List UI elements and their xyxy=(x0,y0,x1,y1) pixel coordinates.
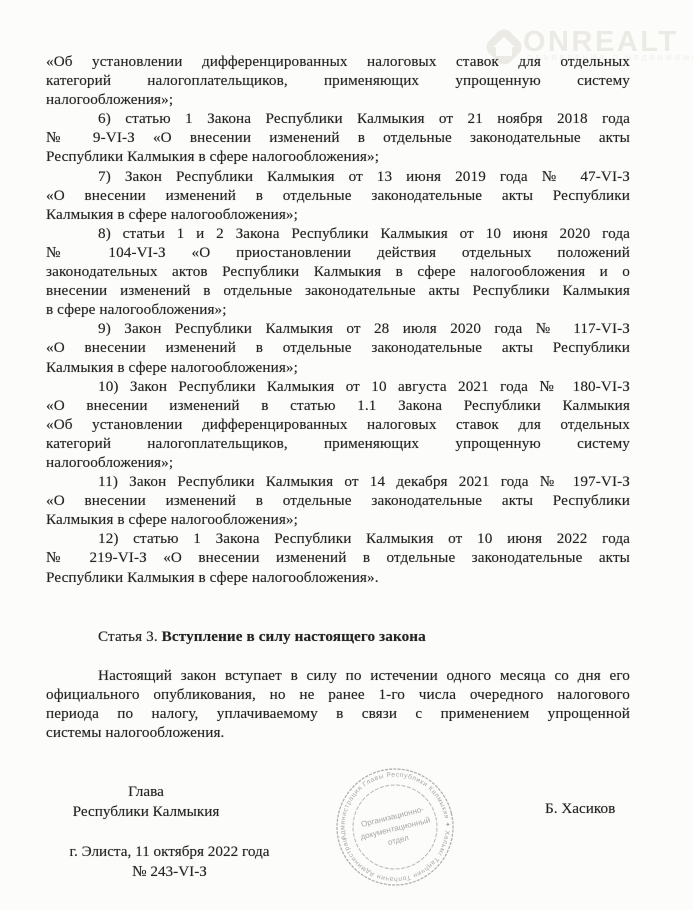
text-line: «О внесении изменений в отдельные законо… xyxy=(46,338,630,357)
signature-block: Глава Республики Калмыкия г. Элиста, 11 … xyxy=(46,782,293,882)
paragraph: 8) статьи 1 и 2 Закона Республики Калмык… xyxy=(46,224,630,319)
text-line: 9) Закон Республики Калмыкия от 28 июля … xyxy=(46,319,630,338)
text-line: Калмыкия в сфере налогообложения»; xyxy=(46,205,630,224)
paragraph: Настоящий закон вступает в силу по истеч… xyxy=(46,666,630,742)
paragraph: 11) Закон Республики Калмыкия от 14 дека… xyxy=(46,472,630,529)
text-line: «Об установлении дифференцированных нало… xyxy=(46,52,630,71)
paragraph: 12) статью 1 Закона Республики Калмыкия … xyxy=(46,529,630,586)
stamp-center-line3: отдел xyxy=(387,833,410,847)
text-line: № 104-VI-З «О приостановлении действия о… xyxy=(46,243,630,262)
paragraph: 7) Закон Республики Калмыкия от 13 июня … xyxy=(46,167,630,224)
text-line: системы налогообложения. xyxy=(46,723,630,742)
place-date-block: г. Элиста, 11 октября 2022 года № 243-VI… xyxy=(46,842,293,882)
signer-title: Глава Республики Калмыкия xyxy=(46,782,246,822)
text-line: Настоящий закон вступает в силу по истеч… xyxy=(46,666,630,685)
text-line: периода по налогу, уплачиваемому в связи… xyxy=(46,704,630,723)
paragraph: «Об установлении дифференцированных нало… xyxy=(46,52,630,109)
text-line: Республики Калмыкия в сфере налогообложе… xyxy=(46,568,630,587)
text-line: 10) Закон Республики Калмыкия от 10 авгу… xyxy=(46,377,630,396)
text-line: официального опубликования, но не ранее … xyxy=(46,685,630,704)
text-line: внесении изменений в отдельные законодат… xyxy=(46,281,630,300)
paragraph: 6) статью 1 Закона Республики Калмыкия о… xyxy=(46,109,630,166)
text-line: категорий налогоплательщиков, применяющи… xyxy=(46,71,630,90)
signer-name: Б. Хасиков xyxy=(545,799,615,819)
text-line: 8) статьи 1 и 2 Закона Республики Калмык… xyxy=(46,224,630,243)
signer-title-line2: Республики Калмыкия xyxy=(46,802,246,822)
text-line: № 219-VI-З «О внесении изменений в отдел… xyxy=(46,548,630,567)
text-line: Калмыкия в сфере налогообложения»; xyxy=(46,358,630,377)
text-line: «О внесении изменений в отдельные законо… xyxy=(46,491,630,510)
place-date: г. Элиста, 11 октября 2022 года xyxy=(46,842,293,862)
article-title: Вступление в силу настоящего закона xyxy=(162,628,426,645)
text-line: в сфере налогообложения»; xyxy=(46,300,630,319)
document-page: ONREALT ОБЪЯВЛЕНИЯ О НЕДВИЖИМОСТИ «Об ус… xyxy=(0,0,693,910)
text-line: 12) статью 1 Закона Республики Калмыкия … xyxy=(46,529,630,548)
paragraph: 10) Закон Республики Калмыкия от 10 авгу… xyxy=(46,377,630,472)
text-column: «Об установлении дифференцированных нало… xyxy=(46,52,630,742)
text-line: Республики Калмыкия в сфере налогообложе… xyxy=(46,147,630,166)
law-number: № 243-VI-З xyxy=(46,862,293,882)
text-line: № 9-VI-З «О внесении изменений в отдельн… xyxy=(46,128,630,147)
text-line: 11) Закон Республики Калмыкия от 14 дека… xyxy=(46,472,630,491)
text-line: налогообложения»; xyxy=(46,453,630,472)
text-line: «О внесении изменений в отдельные законо… xyxy=(46,186,630,205)
text-line: «О внесении изменений в статью 1.1 Закон… xyxy=(46,396,630,415)
text-line: налогообложения»; xyxy=(46,90,630,109)
text-line: Калмыкия в сфере налогообложения»; xyxy=(46,510,630,529)
paragraph: 9) Закон Республики Калмыкия от 28 июля … xyxy=(46,319,630,376)
text-line: «Об установлении дифференцированных нало… xyxy=(46,415,630,434)
article-heading: Статья 3. Вступление в силу настоящего з… xyxy=(46,627,630,646)
text-line: категорий налогоплательщиков, применяющи… xyxy=(46,434,630,453)
article-number: Статья 3. xyxy=(98,628,162,645)
official-stamp: Администрация Главы Республики Калмыкия … xyxy=(331,763,459,896)
text-line: законодательных актов Республики Калмыки… xyxy=(46,262,630,281)
text-line: 7) Закон Республики Калмыкия от 13 июня … xyxy=(46,167,630,186)
text-line: 6) статью 1 Закона Республики Калмыкия о… xyxy=(46,109,630,128)
signer-title-line1: Глава xyxy=(46,782,246,802)
